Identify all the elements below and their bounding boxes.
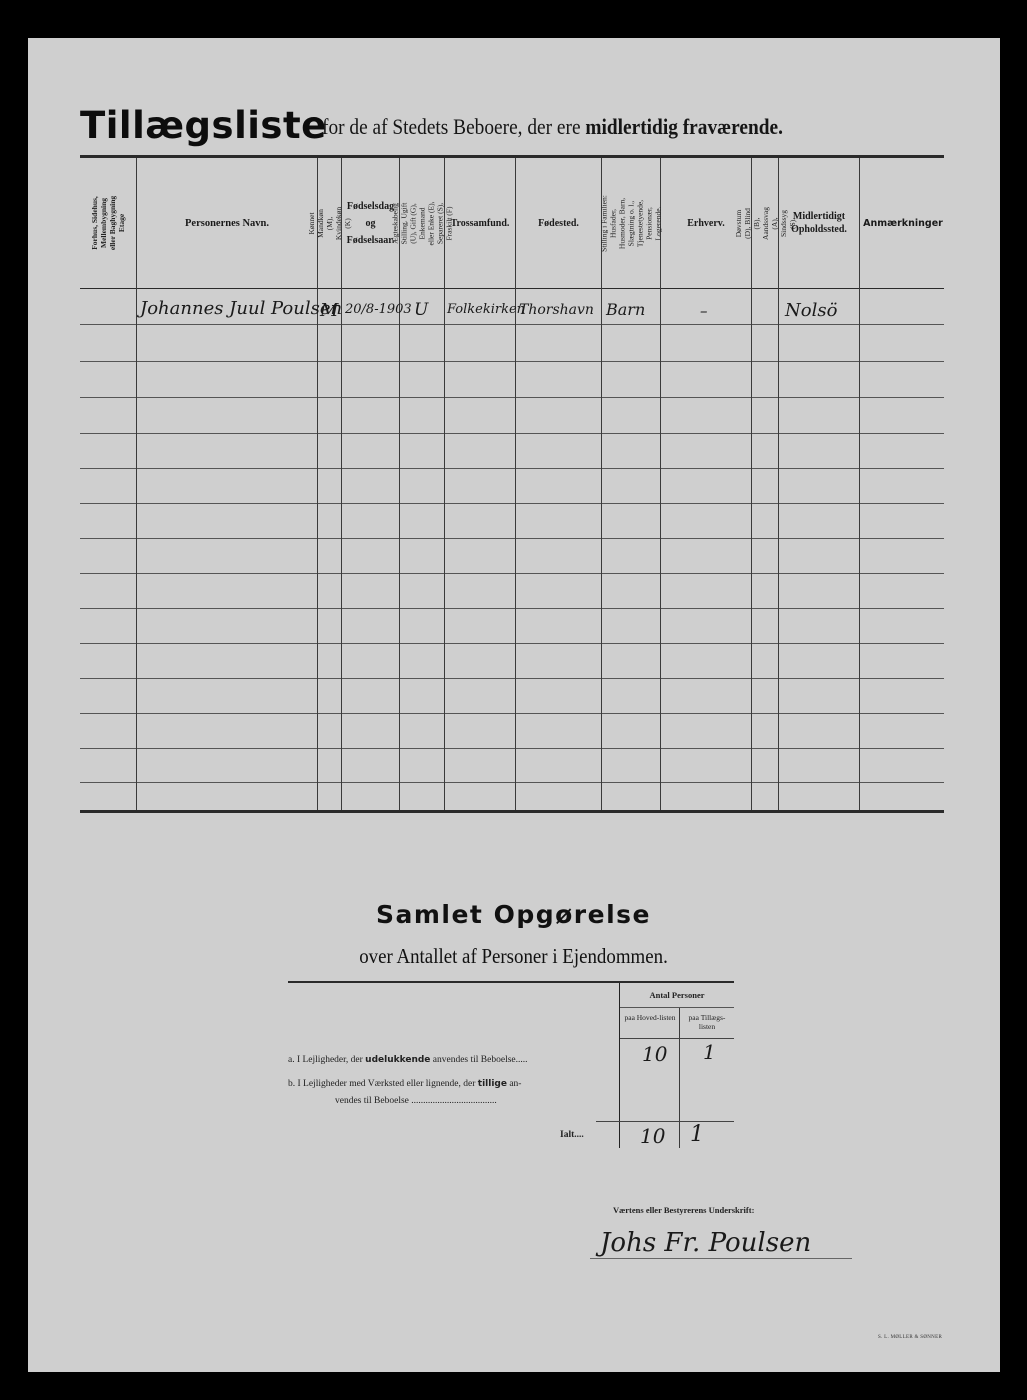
header-forhus: Forhus, Sidehus, Mellembygning eller Bag…: [80, 160, 136, 286]
summary-total-main: 10: [640, 1124, 665, 1148]
cell-aegteskab: U: [414, 300, 428, 320]
summary-col2: paa Tillægs-listen: [681, 1013, 733, 1031]
cell-erhverv: –: [700, 302, 708, 320]
header-aegteskab: Ægteskabelig Stilling. Ugift (U), Gift (…: [400, 160, 444, 286]
summary-group-rule: [620, 1007, 734, 1008]
header-tro: Trossamfund.: [445, 160, 515, 286]
summary-row-b-label: b. I Lejligheder med Værksted eller lign…: [288, 1079, 521, 1089]
header-kjon: Kønnet Mandkøn (M), Kvindekøn (K): [318, 160, 341, 286]
cell-fodsel: 20/8-1903: [345, 302, 412, 317]
signature-value: Johs Fr. Poulsen: [600, 1228, 811, 1258]
cell-fodested: Thorshavn: [519, 302, 594, 318]
signature-line: [590, 1258, 852, 1259]
cell-kjon: M: [320, 300, 338, 321]
signature-label: Værtens eller Bestyrerens Underskrift:: [613, 1205, 754, 1215]
header-stilling: Stilling i Familien: Husfader, Husmoder,…: [602, 160, 660, 286]
summary-col-group: Antal Personer: [620, 990, 734, 1000]
summary-row-a-label: a. I Lejligheder, der udelukkende anvend…: [288, 1055, 528, 1065]
summary-row-a-main: 10: [642, 1042, 667, 1066]
header-bottom-rule: [80, 288, 944, 289]
form-subtitle: for de af Stedets Beboere, der ere midle…: [322, 113, 783, 141]
summary-title: Samlet Opgørelse: [0, 900, 1027, 929]
header-navn: Personernes Navn.: [137, 160, 317, 286]
header-fodested: Fødested.: [516, 160, 601, 286]
cell-stilling: Barn: [606, 300, 645, 319]
summary-top-rule: [288, 981, 734, 983]
printer-mark: S. L. MØLLER & SØNNER: [878, 1335, 942, 1340]
form-title: Tillægsliste: [80, 104, 327, 148]
header-ophold: Midlertidigt Opholdssted.: [779, 160, 859, 286]
summary-col-divider-2: [679, 1008, 680, 1148]
header-dov: Døvstum (D), Blind (B), Aandssvag (A), S…: [752, 160, 778, 286]
cell-navn: Johannes Juul Poulsen: [140, 298, 342, 319]
summary-row-b-label-2: vendes til Beboelse ....................…: [335, 1096, 497, 1106]
subtitle-bold: midlertidig fraværende.: [585, 114, 783, 139]
cell-ophold: Nolsö: [785, 300, 837, 321]
summary-total-label: Ialt....: [560, 1130, 584, 1140]
cell-tro: Folkekirken: [447, 302, 525, 317]
subtitle-text: for de af Stedets Beboere, der ere: [322, 114, 585, 139]
summary-header-rule: [620, 1038, 734, 1039]
summary-total-rule: [596, 1121, 734, 1122]
table-top-rule: [80, 155, 944, 158]
summary-row-a-supp: 1: [703, 1040, 716, 1064]
header-anm: Anmærkninger: [860, 160, 946, 286]
summary-total-supp: 1: [690, 1122, 704, 1147]
table-bottom-rule: [80, 810, 944, 813]
summary-col1: paa Hoved-listen: [622, 1013, 678, 1022]
summary-subtitle: over Antallet af Personer i Ejendommen.: [51, 944, 975, 969]
